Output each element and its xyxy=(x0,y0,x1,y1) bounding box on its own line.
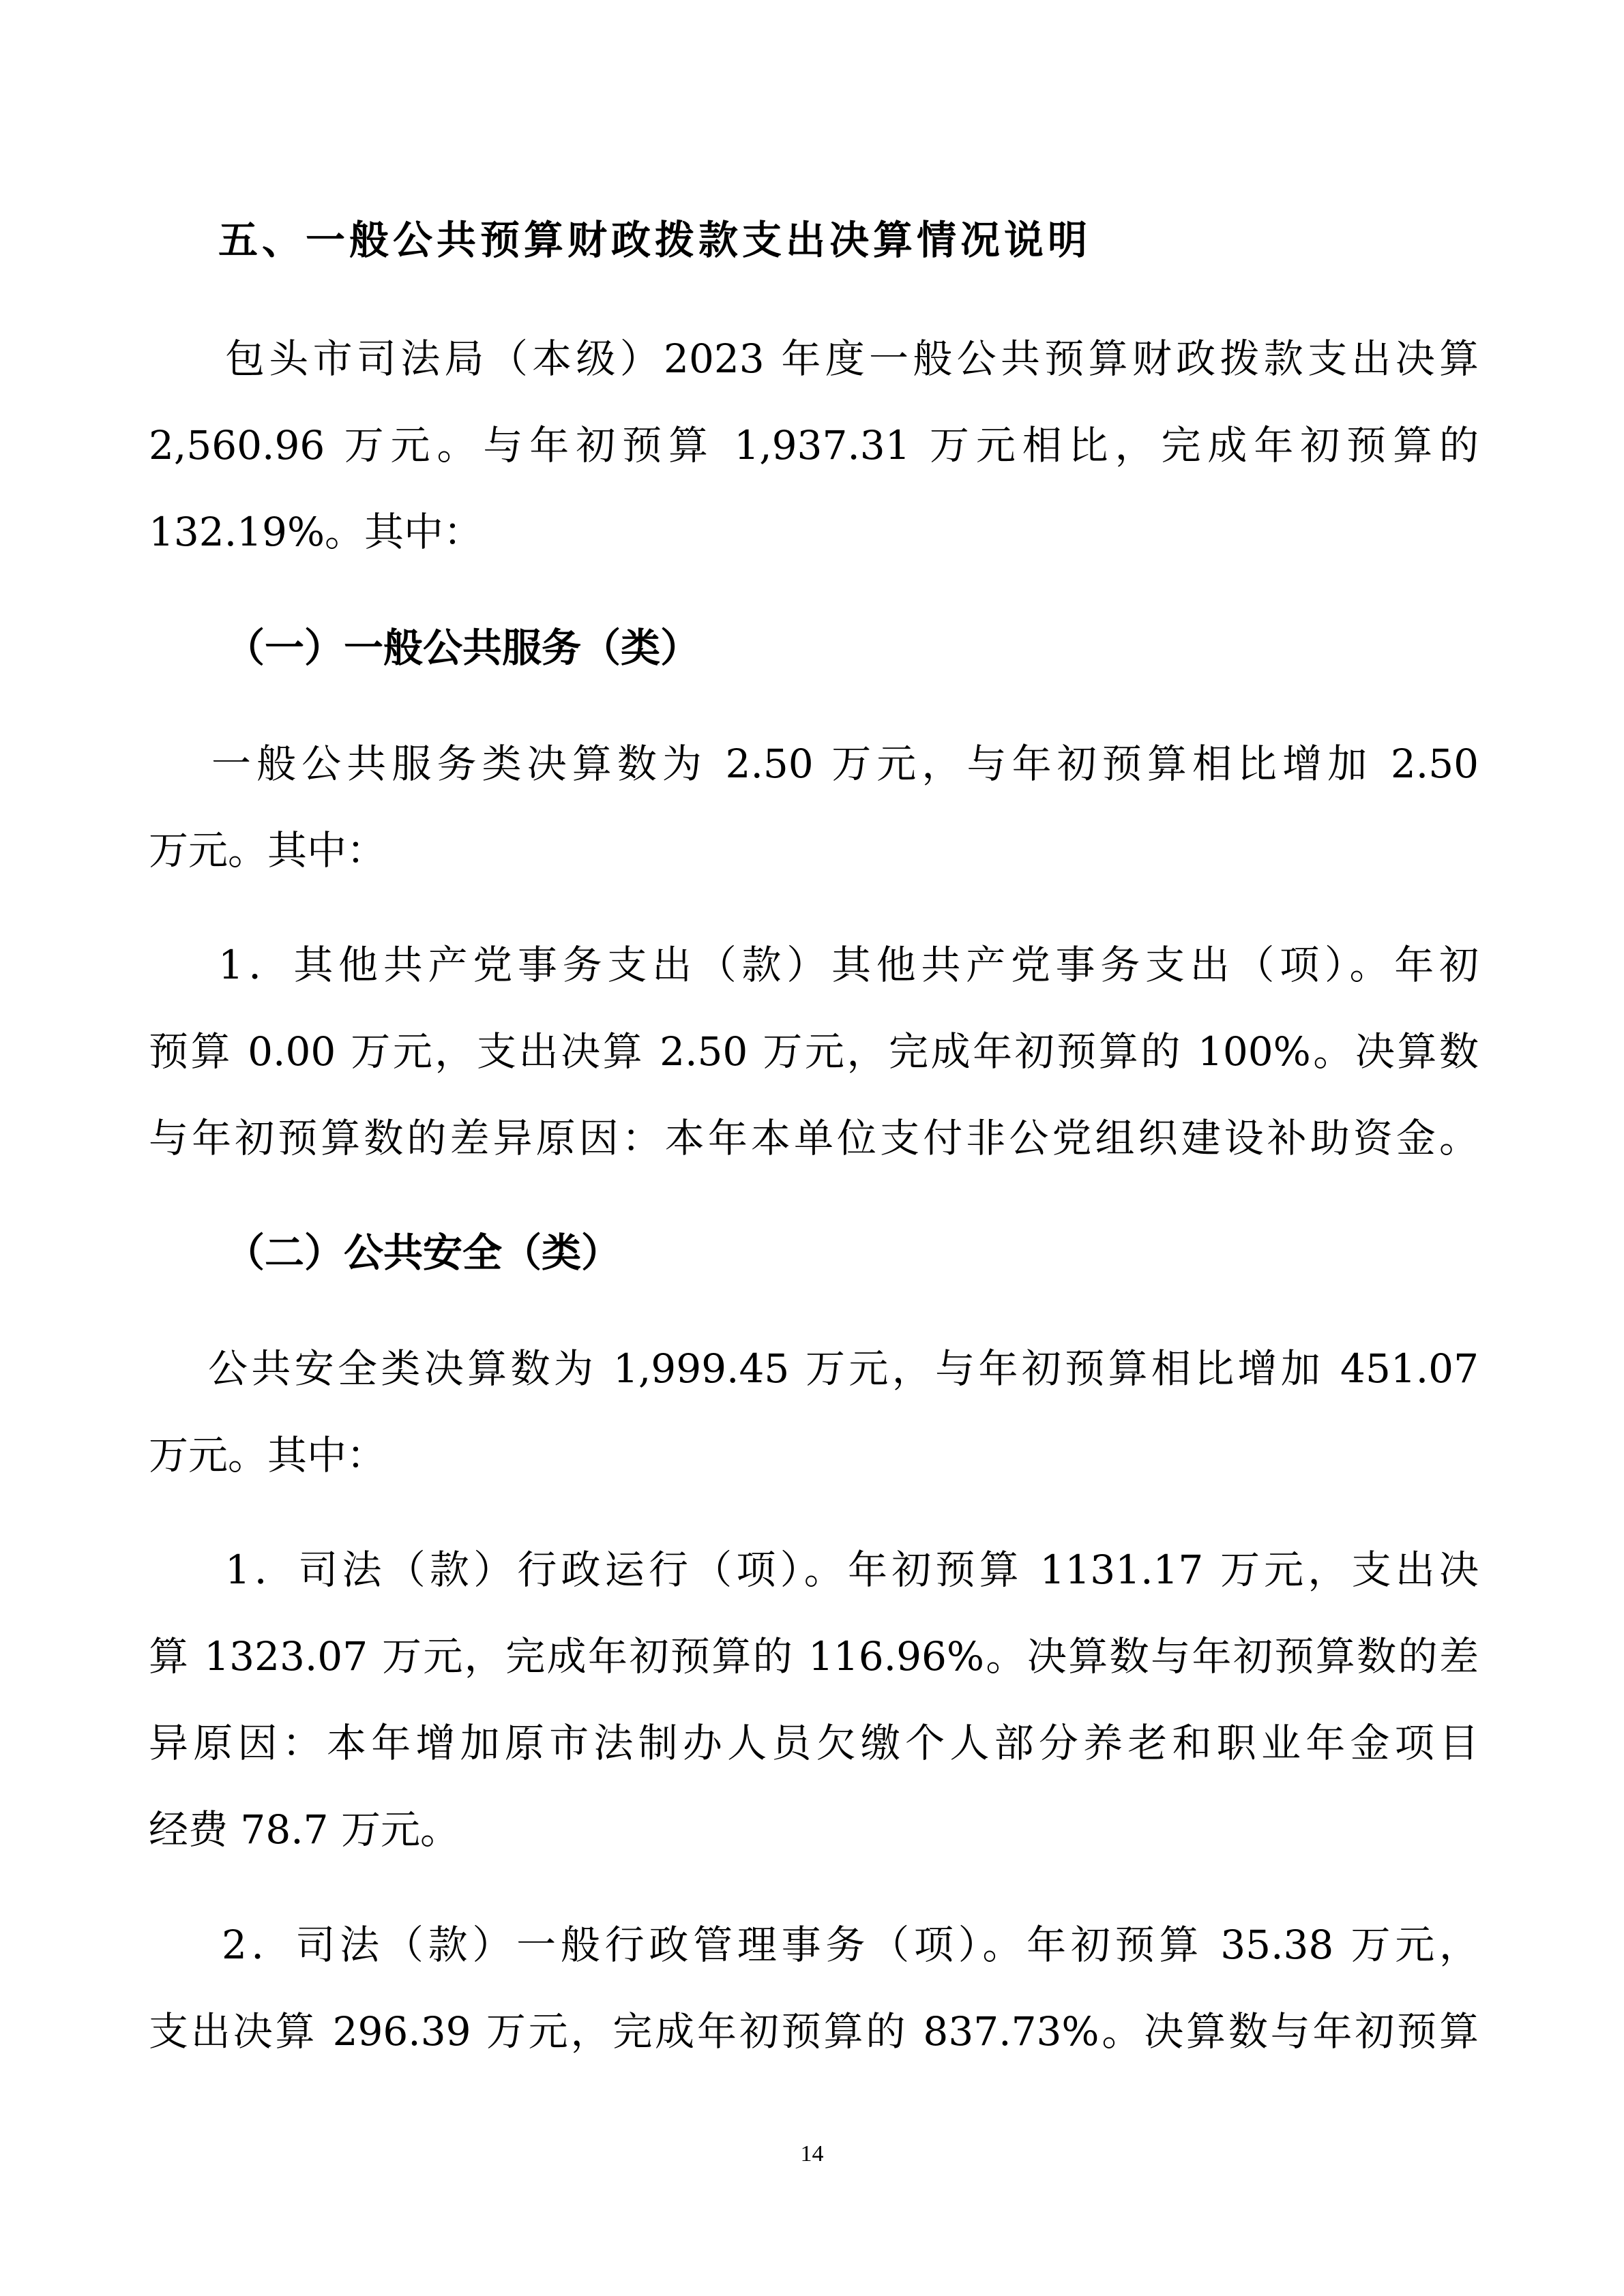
paragraph-line: 2,560.96 万元。与年初预算 1,937.31 万元相比，完成年初预算的 xyxy=(149,418,1479,473)
section-title: 五、一般公共预算财政拨款支出决算情况说明 xyxy=(218,213,1091,267)
paragraph-line: 支出决算 296.39 万元，完成年初预算的 837.73%。决算数与年初预算 xyxy=(149,2004,1479,2059)
paragraph-line: 1．其他共产党事务支出（款）其他共产党事务支出（项）。年初 xyxy=(218,938,1479,992)
paragraph-line: 预算 0.00 万元，支出决算 2.50 万元，完成年初预算的 100%。决算数 xyxy=(149,1024,1479,1079)
paragraph-line: 公共安全类决算数为 1,999.45 万元，与年初预算相比增加 451.07 xyxy=(208,1341,1479,1396)
paragraph-line: 2．司法（款）一般行政管理事务（项）。年初预算 35.38 万元， xyxy=(222,1918,1479,1972)
category-heading: （一）一般公共服务（类） xyxy=(225,621,700,675)
paragraph-line: 万元。其中： xyxy=(149,1428,1479,1482)
paragraph-line: 异原因：本年增加原市法制办人员欠缴个人部分养老和职业年金项目 xyxy=(149,1716,1479,1770)
paragraph-line: 经费 78.7 万元。 xyxy=(149,1802,1479,1857)
category-heading: （二）公共安全（类） xyxy=(225,1225,621,1280)
paragraph-line: 132.19%。其中： xyxy=(149,505,1479,559)
paragraph-line: 1．司法（款）行政运行（项）。年初预算 1131.17 万元，支出决 xyxy=(225,1542,1479,1597)
page-number: 14 xyxy=(0,2141,1624,2167)
paragraph-line: 万元。其中： xyxy=(149,823,1479,878)
paragraph-line: 一般公共服务类决算数为 2.50 万元，与年初预算相比增加 2.50 xyxy=(211,736,1479,791)
paragraph-line: 算 1323.07 万元，完成年初预算的 116.96%。决算数与年初预算数的差 xyxy=(149,1629,1479,1684)
paragraph-line: 包头市司法局（本级）2023 年度一般公共预算财政拨款支出决算 xyxy=(225,331,1479,386)
paragraph-line: 与年初预算数的差异原因：本年本单位支付非公党组织建设补助资金。 xyxy=(149,1111,1479,1165)
